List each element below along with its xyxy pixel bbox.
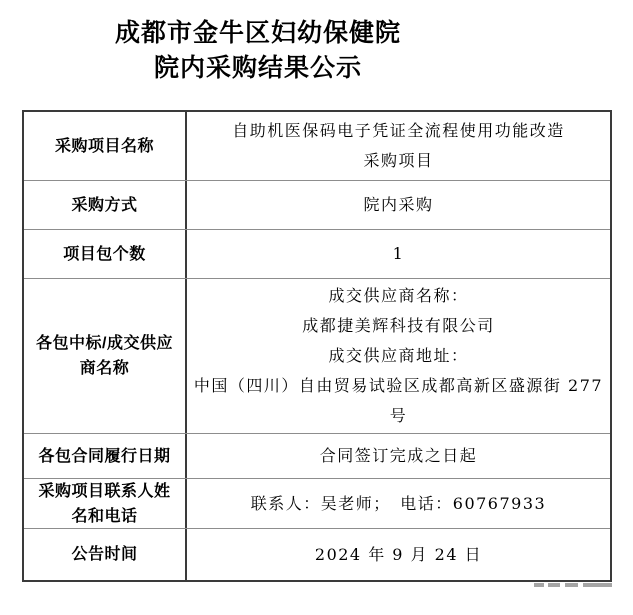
table-row: 各包合同履行日期 合同签订完成之日起 bbox=[24, 433, 610, 478]
row-label-package-count: 项目包个数 bbox=[24, 230, 185, 278]
page-title-line1: 成都市金牛区妇幼保健院 bbox=[0, 15, 516, 50]
row-value-announcement-date: 2024 年 9 月 24 日 bbox=[185, 529, 610, 580]
row-value-project-name: 自助机医保码电子凭证全流程使用功能改造 采购项目 bbox=[185, 112, 610, 180]
table-row: 采购项目联系人姓 名和电话 联系人：吴老师； 电话：60767933 bbox=[24, 478, 610, 528]
procurement-result-table: 采购项目名称 自助机医保码电子凭证全流程使用功能改造 采购项目 采购方式 院内采… bbox=[22, 110, 612, 582]
row-label-contact-info: 采购项目联系人姓 名和电话 bbox=[24, 479, 185, 528]
page-title: 成都市金牛区妇幼保健院 院内采购结果公示 bbox=[0, 15, 516, 85]
row-label-procurement-method: 采购方式 bbox=[24, 181, 185, 229]
table-row: 公告时间 2024 年 9 月 24 日 bbox=[24, 528, 610, 580]
page-title-line2: 院内采购结果公示 bbox=[0, 50, 516, 85]
row-label-announcement-date: 公告时间 bbox=[24, 529, 185, 580]
table-row: 项目包个数 1 bbox=[24, 229, 610, 278]
row-value-procurement-method: 院内采购 bbox=[185, 181, 610, 229]
row-value-package-count: 1 bbox=[185, 230, 610, 278]
row-value-contact-info: 联系人：吴老师； 电话：60767933 bbox=[185, 479, 610, 528]
border-smudge-artifact bbox=[534, 583, 612, 587]
table-row: 采购项目名称 自助机医保码电子凭证全流程使用功能改造 采购项目 bbox=[24, 112, 610, 180]
row-label-contract-date: 各包合同履行日期 bbox=[24, 434, 185, 478]
table-row: 各包中标/成交供应 商名称 成交供应商名称： 成都捷美辉科技有限公司 成交供应商… bbox=[24, 278, 610, 433]
row-value-contract-date: 合同签订完成之日起 bbox=[185, 434, 610, 478]
row-value-winning-supplier: 成交供应商名称： 成都捷美辉科技有限公司 成交供应商地址： 中国（四川）自由贸易… bbox=[185, 279, 610, 433]
row-label-project-name: 采购项目名称 bbox=[24, 112, 185, 180]
table-row: 采购方式 院内采购 bbox=[24, 180, 610, 229]
row-label-winning-supplier: 各包中标/成交供应 商名称 bbox=[24, 279, 185, 433]
